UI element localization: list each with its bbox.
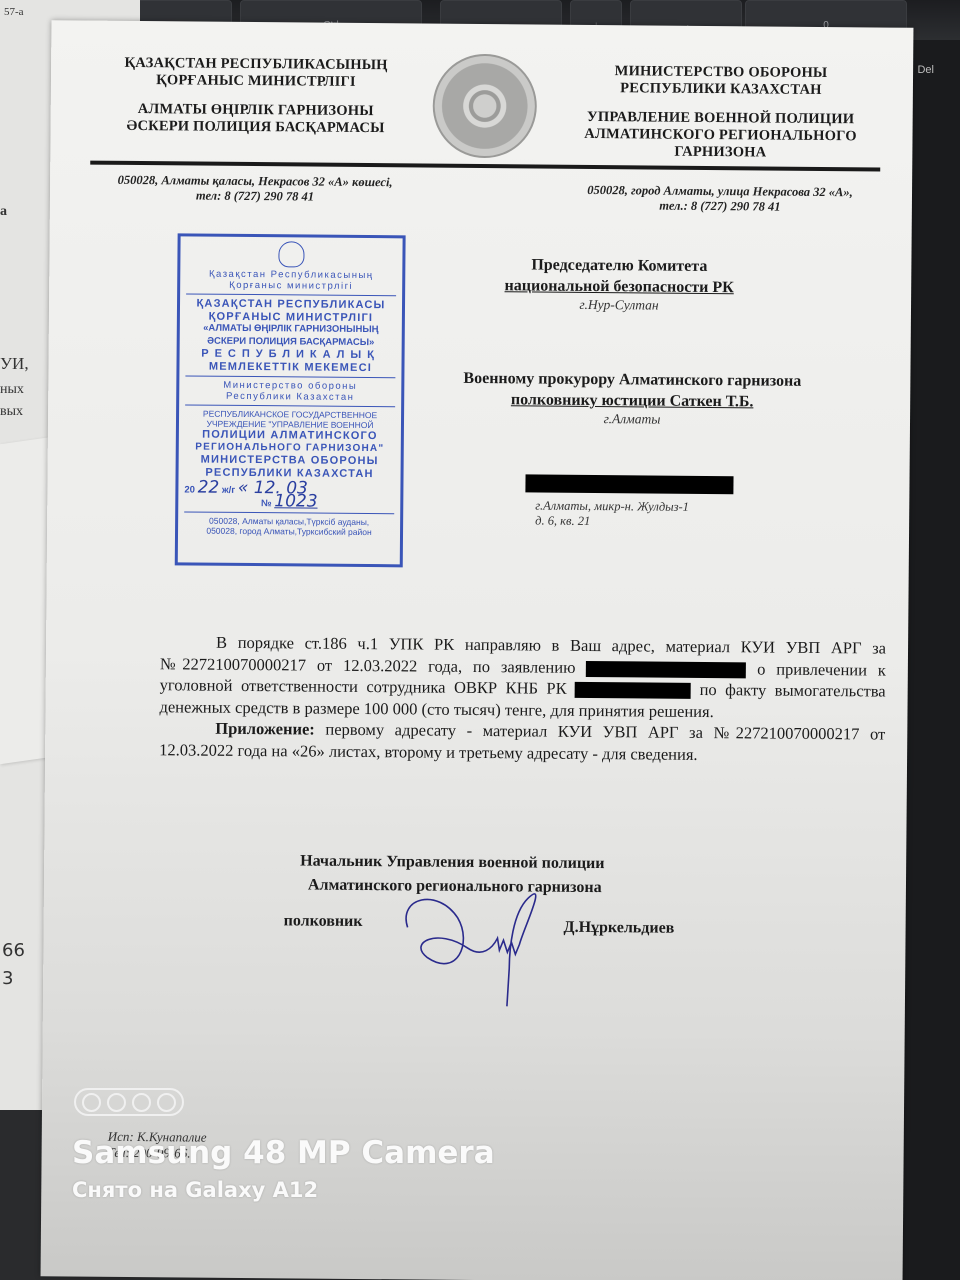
addressee-org: национальной безопасности РК: [449, 275, 789, 299]
stamp-line: Қазақстан Республикасының: [186, 268, 396, 281]
signatory-name: Д.Нұркельдиев: [564, 919, 675, 938]
lens-icon: [157, 1093, 176, 1112]
key-del: Del: [917, 64, 934, 76]
signatory-rank: полковник: [284, 912, 363, 931]
registration-stamp: Қазақстан Республикасының Қорғаныс минис…: [175, 233, 406, 567]
addressee-1: Председателю Комитета национальной безоп…: [449, 254, 789, 315]
phone-line: тел.: 8 (727) 290 78 41: [540, 198, 900, 216]
letterhead-line: ҚАЗАҚСТАН РЕСПУБЛИКАСЫНЫҢ: [91, 55, 421, 75]
lens-icon: [132, 1093, 151, 1112]
redacted-applicant: [586, 661, 746, 678]
fragment-text: а: [0, 204, 7, 220]
handwritten-signature-icon: [397, 887, 548, 1008]
camera-watermark-title: Samsung 48 MP Camera: [72, 1135, 495, 1171]
state-emblem-icon: [432, 54, 537, 159]
attachment-label: Приложение:: [215, 719, 315, 739]
redacted-name: [525, 474, 733, 494]
fragment-text: 66: [2, 940, 25, 961]
letterhead-left: ҚАЗАҚСТАН РЕСПУБЛИКАСЫНЫҢ ҚОРҒАНЫС МИНИС…: [91, 55, 422, 138]
letterhead-divider: [90, 161, 880, 172]
letterhead-line: ӘСКЕРИ ПОЛИЦИЯ БАСҚАРМАСЫ: [91, 118, 421, 138]
stamp-address: 050028, город Алматы,Турксибский район: [184, 525, 394, 537]
address-ru: 050028, город Алматы, улица Некрасова 32…: [540, 183, 900, 216]
address-kz: 050028, Алматы қаласы, Некрасов 32 «А» к…: [80, 173, 430, 206]
fragment-text: УИ,: [0, 354, 29, 374]
letterhead-right: МИНИСТЕРСТВО ОБОРОНЫ РЕСПУБЛИКИ КАЗАХСТА…: [550, 63, 891, 163]
stamp-line: МИНИСТЕРСТВА ОБОРОНЫ: [185, 453, 395, 467]
lens-icon: [82, 1093, 101, 1112]
handwritten-number: 1023: [274, 491, 317, 511]
letterhead-line: ГАРНИЗОНА: [550, 143, 890, 163]
handwritten-year: 22: [198, 478, 220, 498]
stamp-line: МЕМЛЕКЕТТІК МЕКЕМЕСІ: [185, 360, 395, 374]
camera-lenses-icon: [74, 1088, 184, 1116]
stamp-year-prefix: 20: [184, 484, 195, 495]
stamp-year-suffix: ж/г: [222, 485, 235, 496]
stamp-line: Республики Казахстан: [185, 390, 395, 403]
signatory-title: Начальник Управления военной полиции: [300, 852, 605, 873]
stamp-line: РЕСПУБЛИКАЛЫҚ: [186, 347, 396, 361]
stamp-number-label: №: [261, 498, 272, 509]
address-line: 050028, Алматы қаласы, Некрасов 32 «А» к…: [80, 173, 430, 191]
body-paragraph-2: Приложение: первому адресату - материал …: [159, 717, 885, 766]
addressee-2: Военному прокурору Алматинского гарнизон…: [412, 367, 852, 429]
addressee-city: г.Алматы: [412, 409, 852, 429]
addressee-3-address: г.Алматы, микр-н. Жулдыз-1 д. 6, кв. 21: [535, 499, 689, 530]
letterhead-line: АЛМАТИНСКОГО РЕГИОНАЛЬНОГО: [550, 126, 890, 146]
stamp-line: «АЛМАТЫ ӨҢІРЛІК ГАРНИЗОНЫНЫҢ: [186, 322, 396, 336]
body-paragraph-1: В порядке ст.186 ч.1 УПК РК направляю в …: [159, 631, 886, 723]
stamp-line: ПОЛИЦИИ АЛМАТИНСКОГО: [185, 428, 395, 442]
addressee-title: Председателю Комитета: [449, 254, 789, 278]
letter-body: В порядке ст.186 ч.1 УПК РК направляю в …: [159, 631, 886, 766]
redacted-employee: [575, 682, 691, 699]
addressee-city: г.Нур-Султан: [449, 296, 789, 315]
phone-line: тел: 8 (727) 290 78 41: [80, 188, 430, 206]
fragment-text: 57-а: [4, 6, 24, 18]
addressee-title: Военному прокурору Алматинского гарнизон…: [412, 367, 852, 392]
stamp-line: Қорғаныс министрлігі: [186, 279, 396, 292]
stamp-emblem-icon: [278, 241, 304, 267]
fragment-text: вых: [0, 404, 23, 420]
camera-watermark-subtitle: Снято на Galaxy A12: [72, 1178, 318, 1202]
address-line: д. 6, кв. 21: [535, 514, 689, 530]
lens-icon: [107, 1093, 126, 1112]
stamp-line: ҚАЗАҚСТАН РЕСПУБЛИКАСЫ: [186, 297, 396, 311]
address-line: г.Алматы, микр-н. Жулдыз-1: [535, 499, 689, 515]
fragment-text: 3: [2, 968, 13, 989]
address-line: 050028, город Алматы, улица Некрасова 32…: [540, 183, 900, 201]
fragment-text: ных: [0, 382, 24, 398]
